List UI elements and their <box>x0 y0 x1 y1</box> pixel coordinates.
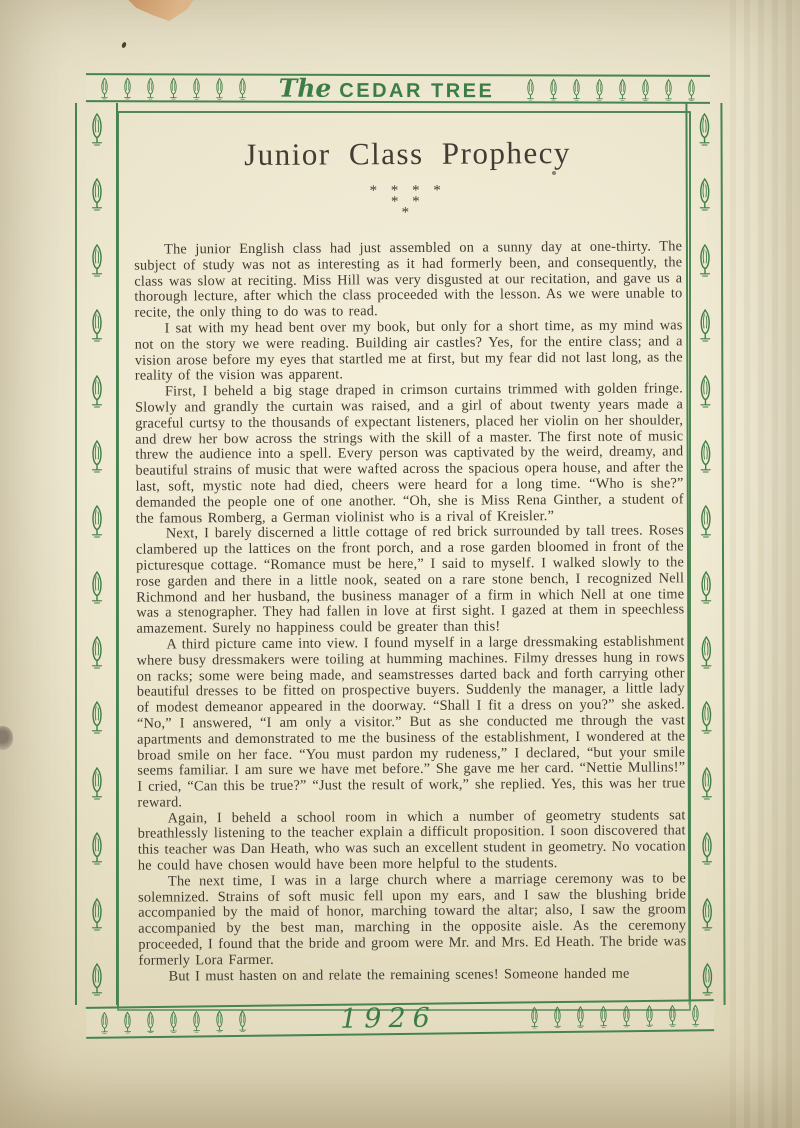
cedar-tree-icon <box>641 1004 658 1028</box>
tree-row-left <box>96 76 251 100</box>
bottom-border-band: 1926 <box>86 999 714 1039</box>
ink-speck <box>121 41 127 48</box>
paragraph: A third picture came into view. I found … <box>136 634 685 811</box>
cedar-tree-icon <box>660 77 677 101</box>
cedar-tree-icon <box>693 503 717 539</box>
cedar-tree-icon <box>549 1005 566 1029</box>
cedar-tree-icon <box>85 373 109 409</box>
paragraph: Again, I beheld a school room in which a… <box>138 808 686 875</box>
cedar-tree-icon <box>693 372 717 408</box>
paragraph: But I must hasten on and relate the rema… <box>139 966 687 985</box>
paragraph: First, I beheld a big stage draped in cr… <box>135 382 684 528</box>
paragraph: I sat with my head bent over my book, bu… <box>135 318 683 385</box>
cedar-tree-icon <box>694 699 718 735</box>
cedar-tree-icon <box>664 1004 681 1028</box>
page-title: Junior Class Prophecy <box>133 134 681 173</box>
paragraph: The junior English class had just assemb… <box>134 239 682 321</box>
cedar-tree-icon <box>119 1010 136 1034</box>
cedar-tree-icon <box>119 76 136 100</box>
cedar-tree-icon <box>234 76 251 100</box>
cedar-tree-icon <box>614 77 631 101</box>
ornament-row: * <box>134 206 682 220</box>
cedar-tree-icon <box>526 1005 543 1029</box>
cedar-tree-icon <box>85 961 109 997</box>
body-text: The junior English class had just assemb… <box>134 239 687 985</box>
cedar-tree-icon <box>692 242 716 278</box>
cedar-tree-icon <box>695 895 719 931</box>
torn-paper-patch <box>127 0 195 21</box>
cedar-tree-icon <box>522 77 539 101</box>
article: Junior Class Prophecy * * * * * * * The … <box>133 126 686 985</box>
cedar-tree-icon <box>234 1009 251 1033</box>
cedar-tree-icon <box>694 634 718 670</box>
cedar-tree-icon <box>188 76 205 100</box>
masthead: The CEDAR TREE <box>279 76 495 102</box>
cedar-tree-icon <box>85 569 109 605</box>
paragraph: The next time, I was in a large church w… <box>138 871 687 969</box>
cedar-tree-icon <box>165 1010 182 1034</box>
masthead-script-word: The <box>279 76 332 101</box>
cedar-tree-icon <box>595 1004 612 1028</box>
cedar-tree-icon <box>85 176 109 212</box>
paragraph: Next, I barely discerned a little cottag… <box>136 524 685 638</box>
cedar-tree-icon <box>692 111 716 147</box>
cedar-tree-icon <box>85 307 109 343</box>
cedar-tree-icon <box>695 961 719 997</box>
cedar-tree-icon <box>85 111 109 147</box>
cedar-tree-icon <box>96 1011 113 1035</box>
asterisk-ornament: * * * * * * * <box>134 184 682 220</box>
tree-row-left <box>96 1009 251 1035</box>
cedar-tree-icon <box>211 1009 228 1033</box>
tree-row-right <box>526 1003 704 1029</box>
scanned-yearbook-page: The CEDAR TREE 1926 Junior Class Prophec… <box>0 0 800 1128</box>
cedar-tree-icon <box>85 765 109 801</box>
cedar-tree-icon <box>85 830 109 866</box>
cedar-tree-icon <box>211 76 228 100</box>
cedar-tree-icon <box>694 765 718 801</box>
year-label: 1926 <box>340 1004 437 1032</box>
cedar-tree-icon <box>142 1010 159 1034</box>
cedar-tree-icon <box>693 438 717 474</box>
cedar-tree-icon <box>85 896 109 932</box>
cedar-tree-icon <box>85 438 109 474</box>
cedar-tree-icon <box>693 307 717 343</box>
cedar-tree-icon <box>591 77 608 101</box>
tree-row-right <box>522 77 700 101</box>
cedar-tree-icon <box>165 76 182 100</box>
cedar-tree-icon <box>85 242 109 278</box>
cedar-tree-icon <box>545 77 562 101</box>
cedar-tree-icon <box>572 1005 589 1029</box>
cedar-tree-icon <box>568 77 585 101</box>
cedar-tree-icon <box>96 76 113 100</box>
top-border-band: The CEDAR TREE <box>86 73 710 104</box>
cedar-tree-icon <box>637 77 654 101</box>
binding-hole <box>0 726 13 750</box>
cedar-tree-icon <box>618 1004 635 1028</box>
cedar-tree-icon <box>85 634 109 670</box>
left-border-column <box>75 103 118 1005</box>
cedar-tree-icon <box>687 1003 704 1027</box>
cedar-tree-icon <box>142 76 159 100</box>
cedar-tree-icon <box>85 503 109 539</box>
masthead-caps-word: CEDAR TREE <box>339 81 494 101</box>
cedar-tree-icon <box>694 830 718 866</box>
cedar-tree-icon <box>692 176 716 212</box>
cedar-tree-icon <box>85 699 109 735</box>
cedar-tree-icon <box>683 77 700 101</box>
cedar-tree-icon <box>694 569 718 605</box>
right-border-column <box>685 103 725 1005</box>
cedar-tree-icon <box>188 1009 205 1033</box>
